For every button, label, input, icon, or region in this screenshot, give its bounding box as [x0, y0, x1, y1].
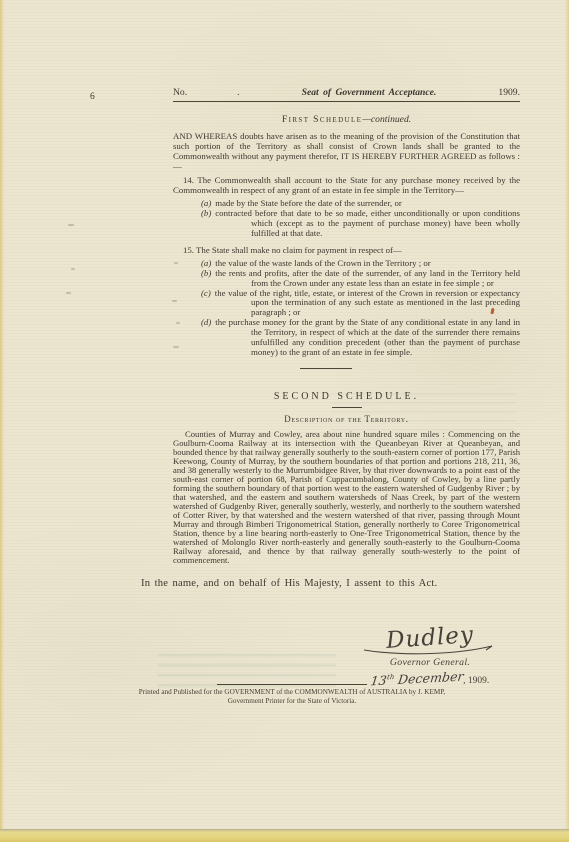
clause-15: 15. The State shall make no claim for pa…: [173, 246, 520, 256]
page-number: 6: [90, 92, 95, 102]
section-divider-rule: [300, 368, 352, 369]
margin-mark: [66, 292, 71, 294]
second-schedule-rule: [332, 407, 362, 408]
territory-description-paragraph: Counties of Murray and Cowley, area abou…: [173, 430, 520, 565]
running-year: 1909.: [498, 88, 520, 98]
item-label: (c): [201, 288, 215, 298]
item-label: (b): [201, 208, 215, 218]
governor-general-title: Governor General.: [330, 657, 530, 668]
scanned-act-page: 6 No. . Seat of Government Acceptance. 1…: [0, 0, 569, 842]
clause-14-items: (a)made by the State before the date of …: [173, 199, 520, 239]
item-text: the value of the right, title, estate, o…: [215, 288, 520, 318]
preamble-paragraph: AND WHEREAS doubts have arisen as to the…: [173, 132, 520, 172]
page-edge-bottom: [0, 829, 569, 842]
running-title: Seat of Government Acceptance.: [240, 88, 499, 98]
first-schedule-heading-continued: —continued.: [362, 114, 411, 125]
header-rule: [173, 101, 520, 102]
signature-block: Dudley Governor General. 13th December, …: [330, 626, 530, 688]
assent-statement: In the name, and on behalf of His Majest…: [141, 579, 520, 589]
margin-mark: [176, 322, 180, 324]
item-label: (a): [201, 258, 215, 268]
page-edge-right: [565, 0, 569, 842]
item-text: contracted before that date to be so mad…: [215, 208, 520, 238]
item-text: the rents and profits, after the date of…: [215, 268, 520, 288]
first-schedule-heading-text: First Schedule: [282, 114, 363, 125]
clause-15-items: (a)the value of the waste lands of the C…: [173, 259, 520, 358]
item-label: (a): [201, 198, 215, 208]
margin-mark: [68, 224, 74, 226]
clause-14-number: 14.: [183, 175, 194, 185]
clause-15-text: The State shall make no claim for paymen…: [196, 245, 402, 255]
verso-showthrough: [158, 654, 336, 688]
governor-general-signature: Dudley: [385, 623, 474, 653]
clause-15-number: 15.: [183, 245, 194, 255]
item-text: the purchase money for the grant by the …: [215, 317, 520, 357]
item-label: (d): [201, 317, 215, 327]
imprint-line-1: Printed and Published for the GOVERNMENT…: [92, 688, 492, 697]
second-schedule-heading: SECOND SCHEDULE.: [173, 392, 520, 402]
running-header: No. . Seat of Government Acceptance. 190…: [173, 88, 520, 98]
margin-mark: [71, 268, 75, 270]
text-column: No. . Seat of Government Acceptance. 190…: [173, 88, 520, 589]
item-label: (b): [201, 268, 215, 278]
list-item: (c)the value of the right, title, estate…: [173, 289, 520, 319]
list-item: (d)the purchase money for the grant by t…: [173, 318, 520, 358]
item-text: the value of the waste lands of the Crow…: [215, 258, 430, 268]
imprint-line-2: Government Printer for the State of Vict…: [92, 697, 492, 706]
list-item: (b)the rents and profits, after the date…: [173, 269, 520, 289]
margin-mark: [173, 346, 179, 348]
territory-description-subheading: Description of the Territory.: [173, 415, 520, 425]
margin-mark: [174, 262, 178, 264]
page-edge-left: [0, 0, 5, 842]
list-item: (b)contracted before that date to be so …: [173, 209, 520, 239]
item-text: made by the State before the date of the…: [215, 198, 402, 208]
clause-14-text: The Commonwealth shall account to the St…: [173, 175, 520, 195]
clause-14: 14. The Commonwealth shall account to th…: [173, 176, 520, 196]
act-number-label: No.: [173, 88, 187, 98]
first-schedule-heading: First Schedule—continued.: [173, 115, 520, 125]
margin-mark: [172, 300, 177, 302]
imprint-rule: [217, 684, 367, 685]
printer-imprint: Printed and Published for the GOVERNMENT…: [92, 684, 492, 706]
